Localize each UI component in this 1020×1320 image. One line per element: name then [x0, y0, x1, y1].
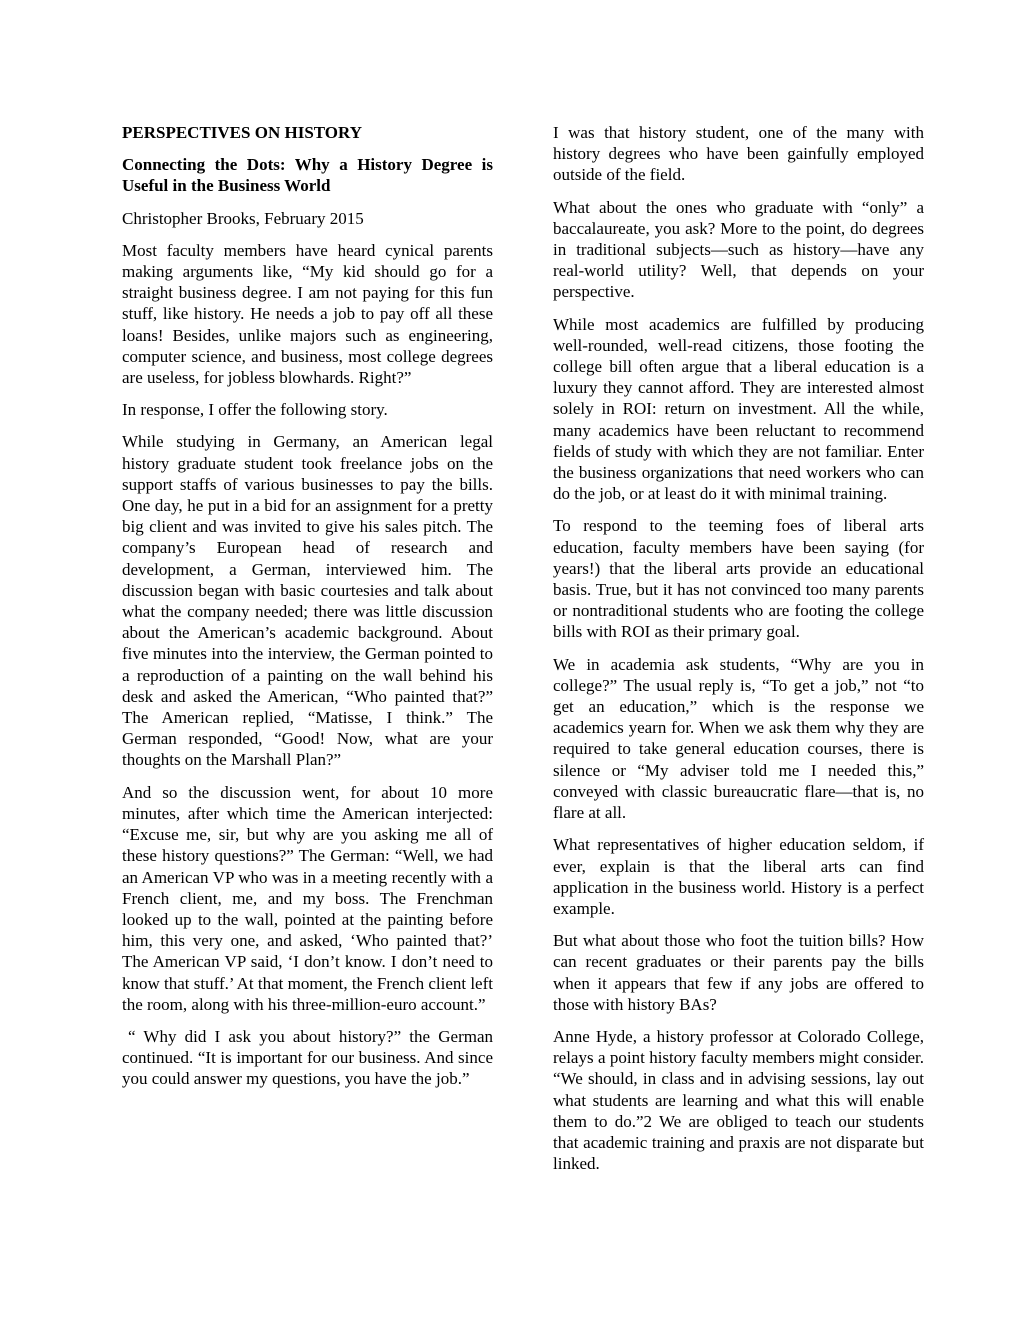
paragraph: What about the ones who graduate with “o… [553, 197, 924, 303]
paragraph: I was that history student, one of the m… [553, 122, 924, 186]
paragraph: To respond to the teeming foes of libera… [553, 515, 924, 642]
paragraph: “ Why did I ask you about history?” the … [122, 1026, 493, 1090]
article-byline: Christopher Brooks, February 2015 [122, 208, 493, 229]
section-kicker: PERSPECTIVES ON HISTORY [122, 122, 493, 143]
paragraph: Most faculty members have heard cynical … [122, 240, 493, 388]
paragraph: In response, I offer the following story… [122, 399, 493, 420]
right-column: I was that history student, one of the m… [553, 122, 924, 1185]
article-title: Connecting the Dots: Why a History Degre… [122, 154, 493, 196]
left-column: PERSPECTIVES ON HISTORY Connecting the D… [122, 122, 493, 1101]
paragraph: We in academia ask students, “Why are yo… [553, 654, 924, 824]
paragraph: And so the discussion went, for about 10… [122, 782, 493, 1015]
paragraph: While most academics are fulfilled by pr… [553, 314, 924, 505]
document-page: PERSPECTIVES ON HISTORY Connecting the D… [0, 0, 1020, 1320]
paragraph: But what about those who foot the tuitio… [553, 930, 924, 1015]
paragraph: Anne Hyde, a history professor at Colora… [553, 1026, 924, 1174]
paragraph: While studying in Germany, an American l… [122, 431, 493, 770]
paragraph: What representatives of higher education… [553, 834, 924, 919]
